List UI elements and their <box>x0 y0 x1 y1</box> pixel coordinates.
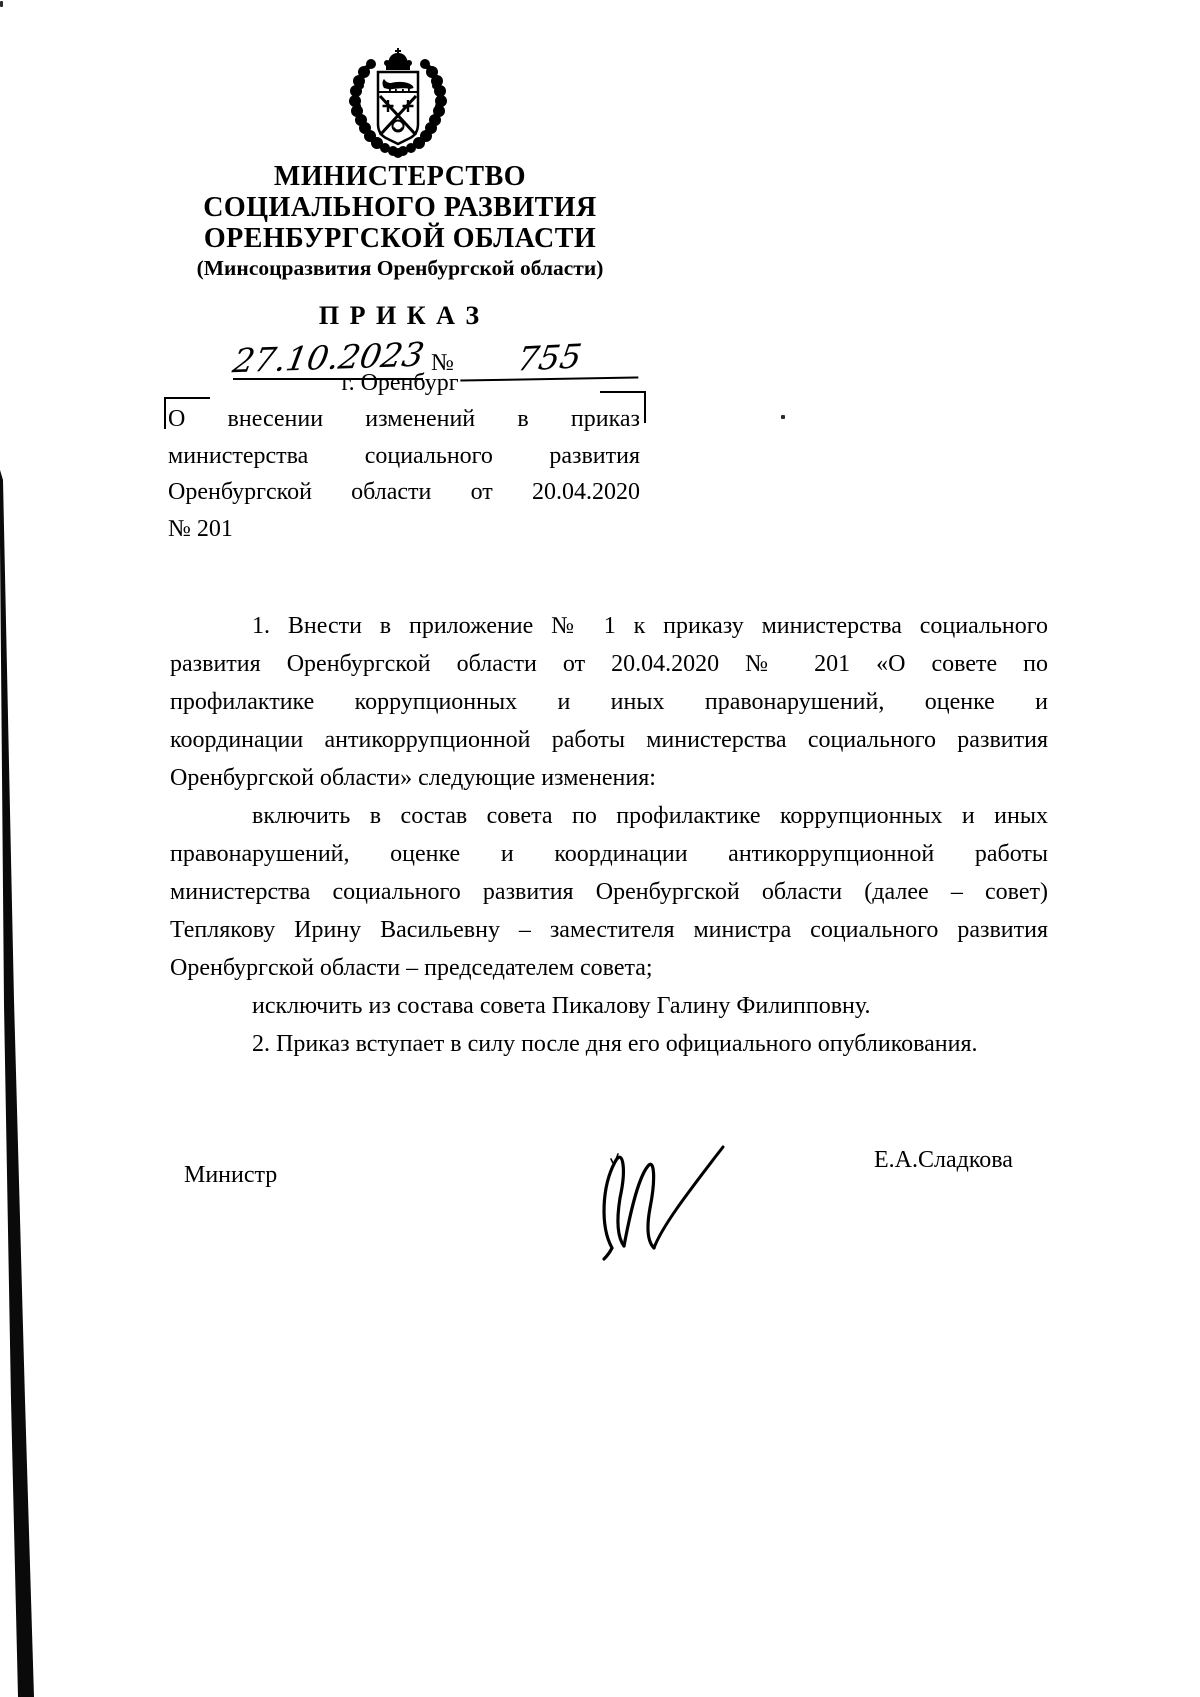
subject-line: Оренбургской области от 20.04.2020 <box>168 474 640 511</box>
body-line: Оренбургской области» следующие изменени… <box>170 759 1048 797</box>
org-short-name: (Минсоцразвития Оренбургской области) <box>120 256 680 281</box>
body-line: Оренбургской области – председателем сов… <box>170 949 1048 987</box>
doc-type-title: П Р И К А З <box>145 301 655 331</box>
scan-speck <box>781 415 785 419</box>
subject-block: О внесении изменений в приказминистерств… <box>168 401 640 547</box>
body-line: правонарушений, оценке и координации ант… <box>170 835 1048 873</box>
body-line: министерства социального развития Оренбу… <box>170 873 1048 911</box>
body-line: 1. Внести в приложение № 1 к приказу мин… <box>170 607 1048 645</box>
handwritten-signature-icon <box>570 1126 740 1266</box>
org-name-line: СОЦИАЛЬНОГО РАЗВИТИЯ <box>145 192 655 223</box>
scanned-order-document: МИНИСТЕРСТВОСОЦИАЛЬНОГО РАЗВИТИЯОРЕНБУРГ… <box>0 0 1200 1697</box>
org-name-line: МИНИСТЕРСТВО <box>145 161 655 192</box>
scan-artifact-left-edge <box>0 0 40 1697</box>
scan-speck <box>0 1 3 7</box>
body-line: включить в состав совета по профилактике… <box>170 797 1048 835</box>
subject-line: О внесении изменений в приказ <box>168 401 640 438</box>
body-line: координации антикоррупционной работы мин… <box>170 721 1048 759</box>
city-line: г. Оренбург <box>145 370 655 397</box>
org-name-line: ОРЕНБУРГСКОЙ ОБЛАСТИ <box>145 223 655 254</box>
signer-name: Е.А.Сладкова <box>874 1147 1013 1174</box>
orenburg-oblast-coat-of-arms-icon <box>338 48 458 160</box>
order-body-text: 1. Внести в приложение № 1 к приказу мин… <box>170 607 1048 1063</box>
subject-line: министерства социального развития <box>168 438 640 475</box>
subject-line: № 201 <box>168 511 640 548</box>
signer-post: Министр <box>184 1162 277 1189</box>
org-name: МИНИСТЕРСТВОСОЦИАЛЬНОГО РАЗВИТИЯОРЕНБУРГ… <box>145 161 655 254</box>
body-line: Теплякову Ирину Васильевну – заместителя… <box>170 911 1048 949</box>
body-line: развития Оренбургской области от 20.04.2… <box>170 645 1048 683</box>
body-line: 2. Приказ вступает в силу после дня его … <box>170 1025 1048 1063</box>
body-line: профилактике коррупционных и иных правон… <box>170 683 1048 721</box>
body-line: исключить из состава совета Пикалову Гал… <box>170 987 1048 1025</box>
